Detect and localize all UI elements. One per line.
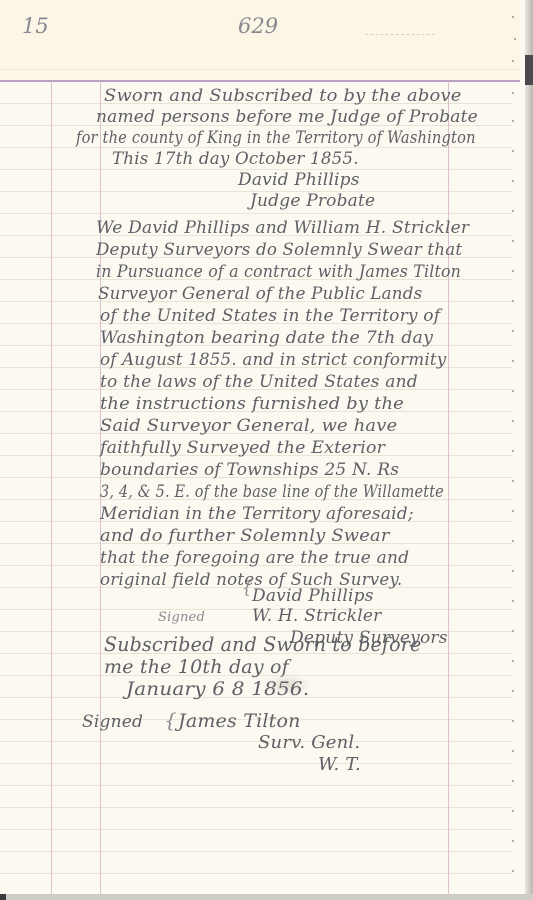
oath1-signature: David Phillips — [238, 170, 360, 190]
ledger-page: 15 629 — [0, 0, 533, 900]
oath1-line-3: for the county of King in the Territory … — [76, 128, 476, 148]
oath3-title: Surv. Genl. — [258, 732, 360, 753]
page-edge-bottom — [0, 894, 533, 900]
oath2-line-14: Meridian in the Territory aforesaid; — [100, 504, 414, 524]
oath1-line-1: Sworn and Subscribed to by the above — [104, 86, 462, 106]
oath2-line-13: 3, 4, & 5. E. of the base line of the Wi… — [100, 482, 444, 502]
oath3-line-1: Subscribed and Sworn to before — [104, 632, 421, 656]
oath2-line-9: the instructions furnished by the — [100, 394, 404, 414]
oath2-line-1: We David Phillips and William H. Strickl… — [96, 218, 469, 238]
oath2-line-10: Said Surveyor General, we have — [100, 416, 397, 436]
oath3-signature: James Tilton — [178, 710, 301, 732]
oath2-signature-1: David Phillips — [252, 586, 374, 606]
oath2-line-11: faithfully Surveyed the Exterior — [100, 438, 385, 458]
brace-glyph: { — [242, 578, 252, 597]
brace-glyph-2: { — [164, 708, 177, 732]
header-band — [0, 0, 520, 80]
oath1-line-4: This 17th day October 1855. — [112, 149, 359, 169]
header-rule — [0, 80, 520, 82]
header-faint-rule — [0, 69, 520, 70]
oath3-line-3: January 6 8 1856. — [126, 678, 309, 700]
page-number: 629 — [238, 14, 278, 38]
oath3-signed-label: Signed — [82, 712, 143, 732]
oath1-line-2: named persons before me Judge of Probate — [96, 107, 478, 127]
oath2-line-6: Washington bearing date the 7th day — [100, 328, 433, 348]
margin-rule-3 — [448, 81, 449, 896]
page-edge-right — [525, 0, 533, 900]
oath2-line-8: to the laws of the United States and — [100, 372, 418, 392]
margin-rule-1 — [51, 81, 52, 896]
folio-number: 15 — [22, 14, 49, 38]
oath2-line-12: boundaries of Townships 25 N. Rs — [100, 460, 399, 480]
oath2-line-4: Surveyor General of the Public Lands — [98, 284, 422, 304]
page-corner-shadow — [0, 894, 6, 900]
oath1-title: Judge Probate — [250, 191, 375, 211]
oath2-line-7: of August 1855. and in strict conformity — [100, 350, 446, 370]
oath2-line-16: that the foregoing are the true and — [100, 548, 409, 568]
oath2-signature-2: W. H. Strickler — [252, 606, 381, 626]
oath2-line-5: of the United States in the Territory of — [100, 306, 440, 326]
header-faint-dash — [365, 34, 435, 36]
oath3-initials: W. T. — [318, 754, 361, 775]
oath2-line-3: in Pursuance of a contract with James Ti… — [96, 262, 461, 282]
oath2-signed-label: Signed — [158, 610, 205, 625]
oath2-line-2: Deputy Surveyors do Solemnly Swear that — [96, 240, 462, 260]
oath2-line-15: and do further Solemnly Swear — [100, 526, 390, 546]
page-edge-shadow — [525, 55, 533, 85]
